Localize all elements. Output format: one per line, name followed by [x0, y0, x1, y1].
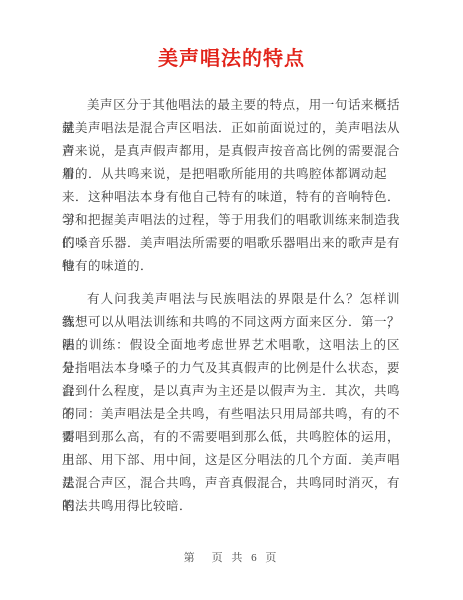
- text-line: 用的．从共鸣来说，是把唱歌所能用的共鸣腔体都调动起: [62, 163, 400, 186]
- text-line: 来．这种唱法本身有他自己特有的味道，特有的音响特色．学: [62, 186, 400, 209]
- page-title: 美声唱法的特点: [0, 42, 463, 71]
- text-line: 不同：美声唱法是全共鸣，有些唱法只用局部共鸣，有的不需: [62, 403, 400, 426]
- paragraph: 美声区分于其他唱法的最主要的特点，用一句话来概括就是美声唱法是混合声区唱法．正如…: [62, 94, 400, 278]
- text-line: 音来说，是真声假声都用，是真假声按音高比例的需要混合着: [62, 140, 400, 163]
- text-line: 的嗓音乐器．美声唱法所需要的唱歌乐器唱出来的歌声是有他: [62, 232, 400, 255]
- text-line: 习和把握美声唱法的过程，等于用我们的唱歌训练来制造我们: [62, 209, 400, 232]
- paragraph: 有人问我美声唱法与民族唱法的界限是什么？怎样训练？我想可以从唱法训练和共鸣的不同…: [62, 288, 400, 518]
- text-line: 是混合声区，混合共鸣，声音真假混合，共鸣同时消灭，有的: [62, 472, 400, 495]
- document-page: 美声唱法的特点 美声区分于其他唱法的最主要的特点，用一句话来概括就是美声唱法是混…: [0, 0, 463, 600]
- text-line: 要唱到那么高，有的不需要唱到那么低，共鸣腔体的运用，用: [62, 426, 400, 449]
- text-line: 法的训练：假设全面地考虑世界艺术唱歌，这唱法上的区分，: [62, 334, 400, 357]
- text-line: 特有的味道的．: [62, 255, 400, 278]
- text-line: 美声区分于其他唱法的最主要的特点，用一句话来概括就: [62, 94, 400, 117]
- text-line: 是美声唱法是混合声区唱法．正如前面说过的，美声唱法从声: [62, 117, 400, 140]
- text-line: 合到什么程度，是以真声为主还是以假声为主．其次，共鸣的: [62, 380, 400, 403]
- text-line: 有人问我美声唱法与民族唱法的界限是什么？怎样训练？: [62, 288, 400, 311]
- document-body: 美声区分于其他唱法的最主要的特点，用一句话来概括就是美声唱法是混合声区唱法．正如…: [62, 94, 400, 518]
- text-line: 唱法共鸣用得比较暗．: [62, 495, 400, 518]
- text-line: 是指唱法本身嗓子的力气及其真假声的比例是什么状态，要混: [62, 357, 400, 380]
- text-line: 我想可以从唱法训练和共鸣的不同这两方面来区分．第一，唱: [62, 311, 400, 334]
- text-line: 上部、用下部、用中间，这是区分唱法的几个方面．美声唱法: [62, 449, 400, 472]
- page-footer: 第 页 共 6 页: [0, 549, 463, 565]
